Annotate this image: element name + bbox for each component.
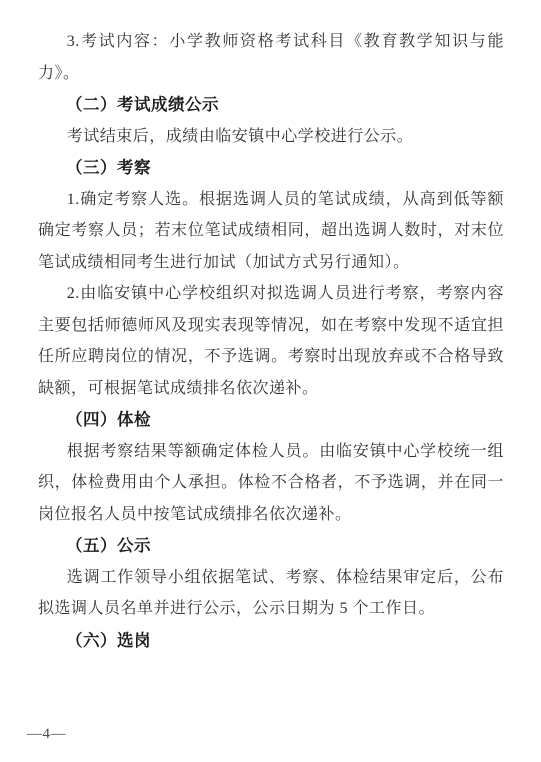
section-heading-publicity: （五）公示 <box>38 530 504 562</box>
paragraph-inspection-1: 1.确定考察人选。根据选调人员的笔试成绩，从高到低等额确定考察人员；若末位笔试成… <box>38 184 504 279</box>
document-page: 3.考试内容：小学教师资格考试科目《教育教学知识与能力》。 （二）考试成绩公示 … <box>0 0 541 762</box>
paragraph-score-publicity: 考试结束后，成绩由临安镇中心学校进行公示。 <box>38 121 504 153</box>
document-body: 3.考试内容：小学教师资格考试科目《教育教学知识与能力》。 （二）考试成绩公示 … <box>38 26 504 656</box>
paragraph-inspection-2: 2.由临安镇中心学校组织对拟选调人员进行考察，考察内容主要包括师德师风及现实表现… <box>38 278 504 404</box>
paragraph-physical-exam: 根据考察结果等额确定体检人员。由临安镇中心学校统一组织，体检费用由个人承担。体检… <box>38 436 504 531</box>
section-heading-score-publicity: （二）考试成绩公示 <box>38 89 504 121</box>
paragraph-exam-content: 3.考试内容：小学教师资格考试科目《教育教学知识与能力》。 <box>38 26 504 89</box>
page-number: —4— <box>27 726 66 743</box>
section-heading-physical-exam: （四）体检 <box>38 404 504 436</box>
section-heading-inspection: （三）考察 <box>38 152 504 184</box>
section-heading-post-selection: （六）选岗 <box>38 625 504 657</box>
paragraph-publicity: 选调工作领导小组依据笔试、考察、体检结果审定后，公布拟选调人员名单并进行公示，公… <box>38 562 504 625</box>
